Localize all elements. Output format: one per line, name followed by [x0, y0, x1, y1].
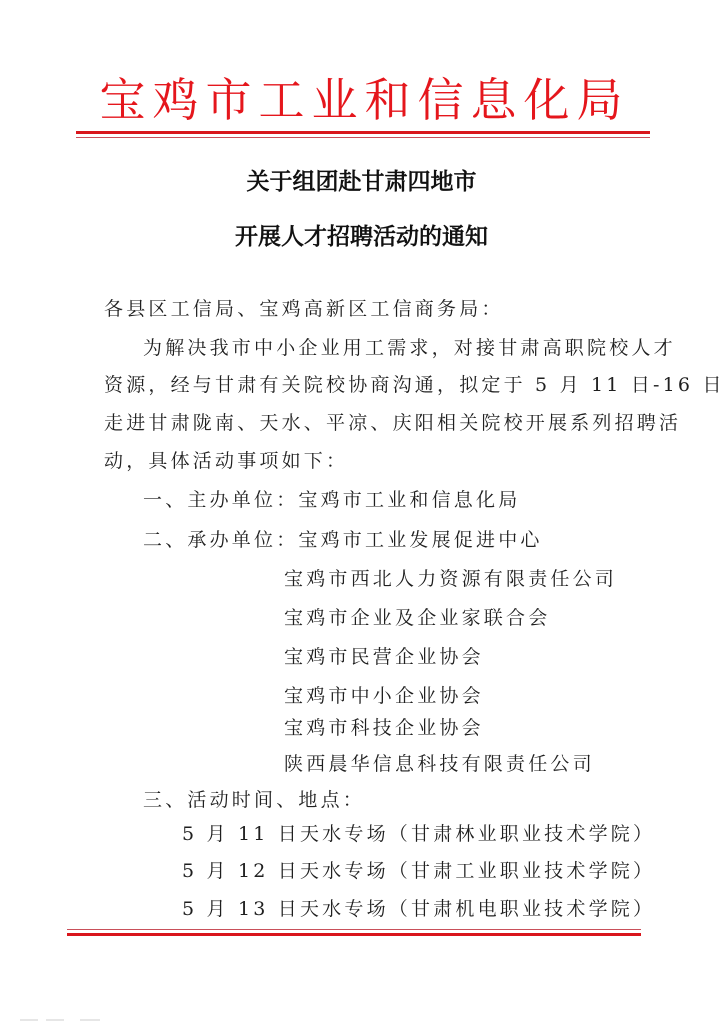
organizer-item: 宝鸡市中小企业协会	[284, 684, 484, 708]
document-page: 宝鸡市工业和信息化局 关于组团赴甘肃四地市 开展人才招聘活动的通知 各县区工信局…	[0, 0, 723, 1024]
section-organizer: 二、承办单位：宝鸡市工业发展促进中心	[143, 528, 543, 552]
salutation: 各县区工信局、宝鸡高新区工信商务局：	[104, 297, 504, 321]
organizer-item: 宝鸡市民营企业协会	[284, 645, 484, 669]
document-title-line-1: 关于组团赴甘肃四地市	[0, 163, 723, 196]
footer-divider-thick	[67, 933, 641, 936]
section-time-location: 三、活动时间、地点：	[143, 788, 365, 812]
paragraph-line: 走进甘肃陇南、天水、平凉、庆阳相关院校开展系列招聘活	[104, 411, 681, 435]
organizer-item: 宝鸡市科技企业协会	[284, 716, 484, 740]
organizer-item: 陕西晨华信息科技有限责任公司	[284, 752, 595, 776]
schedule-item: 5 月 11 日天水专场（甘肃林业职业技术学院）	[182, 822, 655, 846]
paragraph-line: 为解决我市中小企业用工需求，对接甘肃高职院校人才	[143, 336, 676, 360]
section-value: 宝鸡市工业和信息化局	[298, 489, 520, 511]
masthead-org-name: 宝鸡市工业和信息化局	[0, 72, 723, 128]
document-title-line-2: 开展人才招聘活动的通知	[0, 218, 723, 251]
schedule-item: 5 月 13 日天水专场（甘肃机电职业技术学院）	[182, 897, 655, 921]
masthead-divider-thin	[76, 137, 650, 138]
organizer-item: 宝鸡市企业及企业家联合会	[284, 606, 550, 630]
masthead-divider-thick	[76, 131, 650, 134]
schedule-item: 5 月 12 日天水专场（甘肃工业职业技术学院）	[182, 859, 655, 883]
scan-artifact	[20, 1019, 120, 1021]
paragraph-line: 资源，经与甘肃有关院校协商沟通，拟定于 5 月 11 日-16 日	[104, 373, 723, 397]
organizer-item: 宝鸡市西北人力资源有限责任公司	[284, 567, 617, 591]
section-label: 一、主办单位：	[143, 489, 298, 511]
section-host: 一、主办单位：宝鸡市工业和信息化局	[143, 488, 520, 512]
paragraph-line: 动，具体活动事项如下：	[104, 449, 348, 473]
section-label: 二、承办单位：	[143, 529, 298, 551]
footer-divider-thin	[67, 929, 641, 930]
section-value: 宝鸡市工业发展促进中心	[298, 529, 542, 551]
